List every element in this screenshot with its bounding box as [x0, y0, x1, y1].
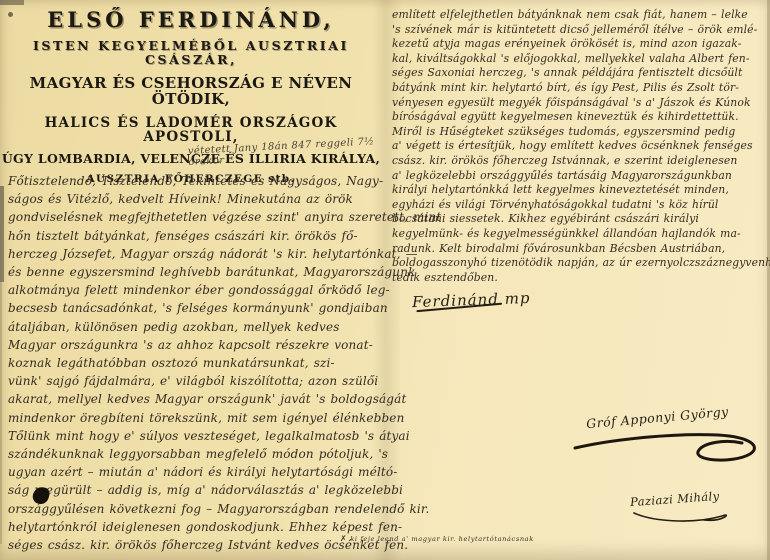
signature-paziazi-text: Paziazi Mihály: [630, 489, 720, 509]
scan-edge-left-dark: [0, 186, 4, 282]
letterhead-line-2: ISTEN KEGYELMÉBŐL AUSZTRIAI CSÁSZÁR,: [0, 39, 382, 67]
letterhead-line-3: MAGYAR ÉS CSEHORSZÁG E NÉVEN ÖTÖDIK,: [0, 75, 382, 108]
manuscript-line: ság megürült – addig is, míg a' nádorvál…: [8, 481, 374, 499]
left-page-footnote: ✗ki feje leend a' magyar kir. helytartót…: [340, 534, 534, 543]
manuscript-line: a' legközelebbi országgyűlés tartásáig M…: [392, 169, 764, 184]
manuscript-line: tedik esztendőben.: [392, 271, 764, 286]
manuscript-line: bocsátani siessetek. Kikhez egyébiránt c…: [392, 212, 764, 227]
manuscript-line: a' végett is értesítjük, hogy említett k…: [392, 139, 764, 154]
manuscript-line: kezetű atyja magas erényeinek örökösét i…: [392, 37, 764, 52]
manuscript-line: kegyelmünk- és kegyelmességünkkel álland…: [392, 227, 764, 242]
right-page-body: említett elfelejthetlen bátyánknak nem c…: [392, 8, 764, 285]
scan-speck: [8, 12, 13, 17]
signature-paziazi: Paziazi Mihály: [620, 490, 770, 538]
manuscript-line: bíróságával együtt kegyelmesen kineveztü…: [392, 110, 764, 125]
manuscript-line: alkotmánya felett mindenkor éber gondoss…: [8, 281, 374, 299]
signature-ferdinand-text: Ferdinánd mp: [412, 289, 531, 311]
manuscript-line: egyházi és világi Törvényhatóságokkal tu…: [392, 198, 764, 213]
manuscript-line: Miről is Hűségteket szükséges tudomás, e…: [392, 125, 764, 140]
manuscript-line: bátyánk mint kir. helytartó bírt, és így…: [392, 81, 764, 96]
manuscript-line: országgyűlésen következni fog – Magyaror…: [8, 500, 374, 518]
manuscript-line: vünk' sajgó fájdalmára, e' világból kisz…: [8, 372, 374, 390]
manuscript-line: vényesen egyesült megyék főispánságával …: [392, 96, 764, 111]
manuscript-line: radunk. Kelt birodalmi fővárosunkban Béc…: [392, 242, 764, 257]
manuscript-line: és benne egyszersmind leghívebb barátunk…: [8, 263, 374, 281]
manuscript-line: említett elfelejthetlen bátyánknak nem c…: [392, 8, 764, 23]
manuscript-line: hőn tisztelt bátyánkat, fenséges császár…: [8, 227, 374, 245]
manuscript-line: helytartónkról ideiglenesen gondoskodjun…: [8, 518, 374, 536]
left-page-body: Főtisztelendő, Tisztelendő, Tekintetes é…: [8, 172, 374, 554]
manuscript-line: kal, kiváltságokkal 's előjogokkal, mell…: [392, 52, 764, 67]
manuscript-line: királyi helytartónkká lett kegyelmes kin…: [392, 183, 764, 198]
manuscript-line: gondviselésnek megfejthetetlen végzése s…: [8, 208, 374, 226]
signature-ferdinand: Ferdinánd mp: [412, 289, 531, 311]
signature-underline-flourish: [628, 508, 748, 528]
manuscript-line: mindenkor öregbíteni törekszünk, mit sem…: [8, 409, 374, 427]
manuscript-line: szándékunknak leggyorsabban megfelelő mó…: [8, 445, 374, 463]
signature-paraph-flourish: [572, 422, 764, 468]
manuscript-line: séges Saxoniai herczeg, 's annak példájá…: [392, 66, 764, 81]
manuscript-line: akarat, mellyel kedves Magyar országunk'…: [8, 390, 374, 408]
manuscript-line: séges csász. kir. örökös főherczeg Istvá…: [8, 536, 374, 554]
manuscript-line: 's szívének már is kitüntetett dicső jel…: [392, 23, 764, 38]
manuscript-line: csász. kir. örökös főherczeg Istvánnak, …: [392, 154, 764, 169]
manuscript-line: Magyar országunkra 's az ahhoz kapcsolt …: [8, 336, 374, 354]
insertion-mark-icon: ✗: [340, 534, 347, 543]
manuscript-line: herczeg Józsefet, Magyar ország nádorát …: [8, 245, 374, 263]
manuscript-scan: ELSŐ FERDINÁND, ISTEN KEGYELMÉBŐL AUSZTR…: [0, 0, 770, 560]
manuscript-line: átaljában, különösen pedig azokban, mell…: [8, 318, 374, 336]
manuscript-line: ugyan azért – miután a' nádori és király…: [8, 463, 374, 481]
signature-apponyi: Gróf Apponyi György: [572, 408, 764, 468]
scan-edge-mark-top: [0, 0, 24, 5]
manuscript-line: Főtisztelendő, Tisztelendő, Tekintetes é…: [8, 172, 374, 190]
footnote-text: ki feje leend a' magyar kir. helytartóta…: [350, 535, 533, 543]
manuscript-line: becsesb tanácsadónkat, 's felséges kormá…: [8, 299, 374, 317]
manuscript-line: koznak legáthatóbban osztozó munkatársun…: [8, 354, 374, 372]
manuscript-line: boldogasszonyhó tizenötödik napján, az ú…: [392, 256, 764, 271]
manuscript-line: Tőlünk mint hogy e' súlyos veszteséget, …: [8, 427, 374, 445]
scan-edge-left-faint: [0, 282, 2, 544]
manuscript-line: ságos és Vitézlő, kedvelt Híveink! Minek…: [8, 190, 374, 208]
letterhead-title: ELSŐ FERDINÁND,: [0, 8, 382, 31]
